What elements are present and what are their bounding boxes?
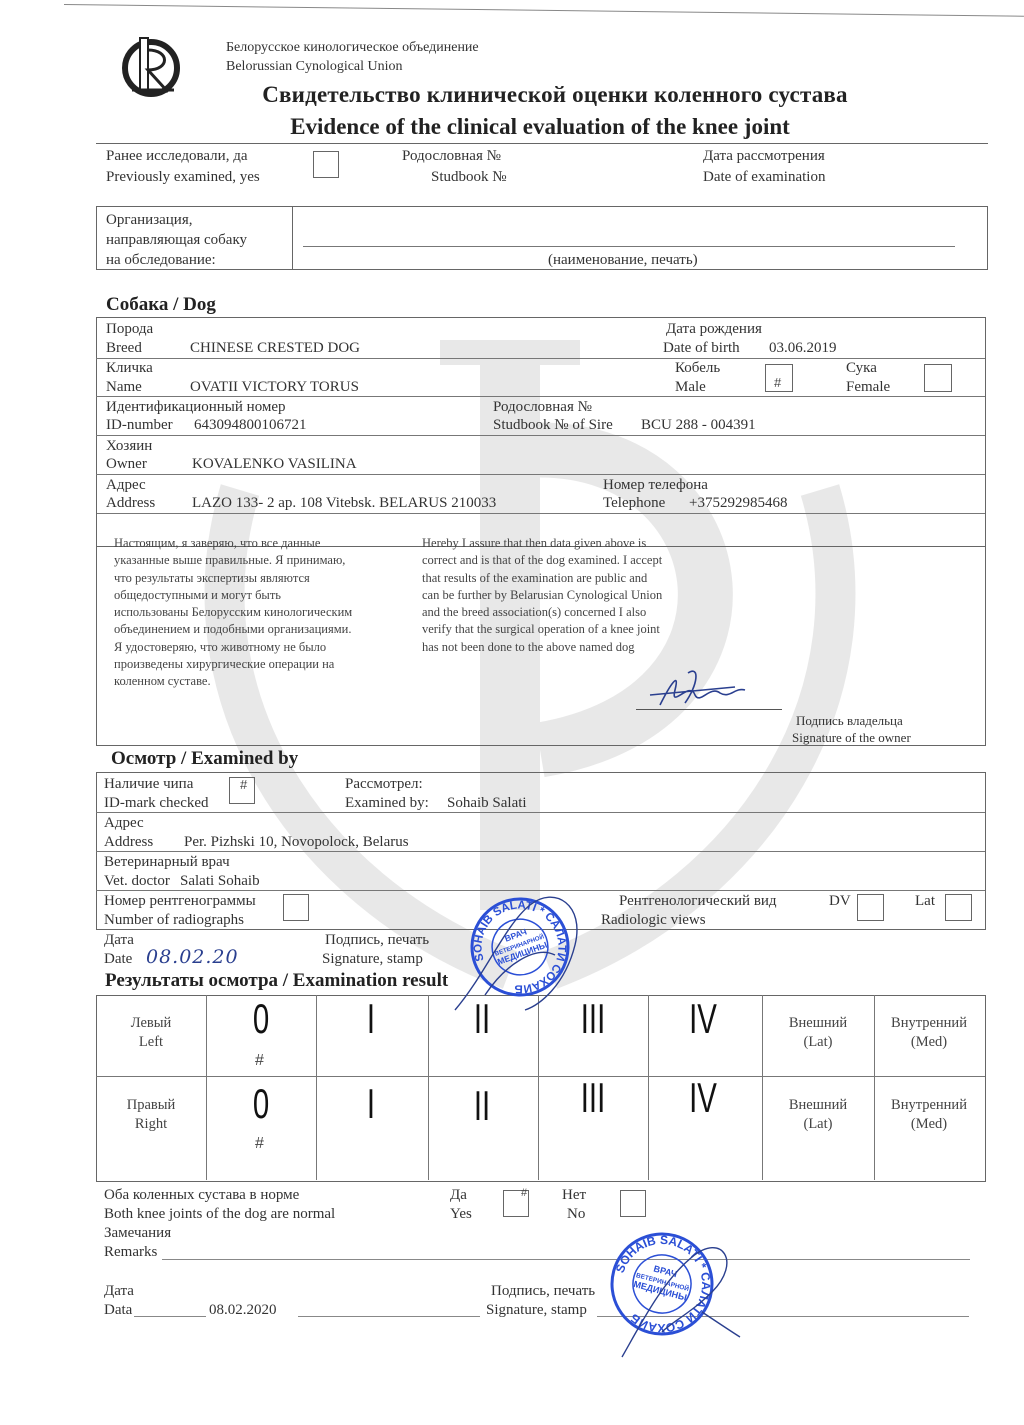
owner-signature-icon (640, 665, 760, 715)
normal-yes-mark: # (521, 1187, 527, 1199)
lat-label-en: (Lat) (762, 1115, 874, 1134)
address-label-ru: Адрес (106, 475, 146, 495)
prev-examined-label-en: Previously examined, yes (106, 167, 260, 187)
chip-checkbox[interactable]: # (229, 777, 255, 804)
declaration-ru-line: объединением и подобными организациями. (114, 621, 352, 638)
owner-label-ru: Хозяин (106, 436, 152, 456)
normal-yes-checkbox[interactable]: # (503, 1190, 529, 1217)
id-value: 643094800106721 (194, 415, 307, 435)
exam-signature-label-ru: Подпись, печать (325, 930, 429, 950)
name-label-ru: Кличка (106, 358, 153, 378)
remarks-label-en: Remarks (104, 1242, 157, 1262)
examined-by-label-en: Examined by: (345, 793, 429, 813)
referring-org-label-1: Организация, (106, 210, 192, 230)
grade-2-right[interactable]: II (443, 1082, 521, 1130)
exam-address-label-ru: Адрес (104, 813, 144, 833)
med-label-en: (Med) (874, 1115, 984, 1134)
dog-section-title: Собака / Dog (106, 294, 216, 316)
vet-value: Salati Sohaib (180, 871, 260, 891)
declaration-en-line: has not been done to the above named dog (422, 639, 662, 656)
divider (538, 995, 539, 1180)
normal-label-en: Both knee joints of the dog are normal (104, 1204, 335, 1224)
left-med-cell[interactable]: Внутренний (Med) (874, 1014, 984, 1052)
lat-label-ru: Внешний (762, 1014, 874, 1033)
divider (292, 206, 293, 269)
female-label-en: Female (846, 377, 890, 397)
divider (96, 435, 985, 436)
divider (96, 474, 985, 475)
female-checkbox[interactable] (924, 364, 952, 392)
declaration-en-line: Hereby I assure that then data given abo… (422, 535, 662, 552)
sire-label-en: Studbook № of Sire (493, 415, 613, 435)
declaration-ru-line: Настоящим, я заверяю, что все данные (114, 535, 352, 552)
declaration-en: Hereby I assure that then data given abo… (422, 535, 662, 656)
exam-signature-label-en: Signature, stamp (322, 949, 423, 969)
results-row-left-label: Левый Left (96, 1014, 206, 1052)
sire-label-ru: Родословная № (493, 397, 592, 417)
lat-label-en: (Lat) (762, 1033, 874, 1052)
declaration-ru-line: использованы Белорусским кинологическим (114, 604, 352, 621)
studbook-label-ru: Родословная № (402, 146, 501, 166)
exam-date-label-ru: Дата рассмотрения (703, 146, 825, 166)
no-label-en: No (567, 1204, 585, 1224)
med-label-ru: Внутренний (874, 1014, 984, 1033)
declaration-en-line: that results of the examination are publ… (422, 570, 662, 587)
final-signature-line (597, 1316, 969, 1317)
chip-mark: # (240, 777, 247, 792)
phone-label-ru: Номер телефона (603, 475, 708, 495)
grade-0-right-mark: # (255, 1135, 264, 1153)
dob-value: 03.06.2019 (769, 338, 837, 358)
divider (206, 995, 207, 1180)
vet-label-ru: Ветеринарный врач (104, 852, 230, 872)
breed-label-en: Breed (106, 338, 142, 358)
right-lat-cell[interactable]: Внешний (Lat) (762, 1096, 874, 1134)
grade-1-left[interactable]: I (333, 995, 410, 1043)
title-en: Evidence of the clinical evaluation of t… (0, 114, 1024, 140)
divider (96, 812, 985, 813)
owner-label-en: Owner (106, 454, 147, 474)
final-signature-label-ru: Подпись, печать (491, 1281, 595, 1301)
svg-text:ВЕТЕРИНАРНОЙ: ВЕТЕРИНАРНОЙ (494, 932, 546, 957)
male-mark: # (774, 375, 781, 390)
exam-date-handwritten: 08.02.20 (146, 946, 239, 968)
yes-label-ru: Да (450, 1185, 467, 1205)
exam-section-title: Осмотр / Examined by (111, 748, 298, 770)
chip-label-en: ID-mark checked (104, 793, 209, 813)
referring-org-label-2: направляющая собаку (106, 230, 247, 250)
side-label-en: Left (96, 1033, 206, 1052)
name-value: OVATII VICTORY TORUS (190, 377, 359, 397)
divider (428, 995, 429, 1180)
divider (96, 1076, 985, 1077)
prev-examined-label-ru: Ранее исследовали, да (106, 146, 248, 166)
grade-0-right[interactable]: 0 (223, 1080, 300, 1128)
grade-2-left[interactable]: II (443, 995, 521, 1043)
address-value: LAZO 133- 2 ap. 108 Vitebsk. BELARUS 210… (192, 493, 496, 513)
final-date-label-en: Data (104, 1300, 132, 1320)
vet-stamp-icon: SOHAIB SALATI * САЛАТИ СОХАИБВРАЧВЕТЕРИН… (592, 1222, 742, 1362)
yes-label-en: Yes (450, 1204, 472, 1224)
breed-label-ru: Порода (106, 319, 153, 339)
referring-org-input-line[interactable] (303, 246, 955, 247)
declaration-ru-line: что результаты экспертизы являются (114, 570, 352, 587)
no-label-ru: Нет (562, 1185, 586, 1205)
org-name-ru: Белорусское кинологическое объединение (226, 40, 479, 56)
final-signature-label-en: Signature, stamp (486, 1300, 587, 1320)
exam-date-label-ru: Дата (104, 930, 134, 950)
divider (648, 995, 649, 1180)
remarks-input-line[interactable] (162, 1259, 970, 1260)
radiographs-label-en: Number of radiographs (104, 910, 244, 930)
results-row-right-label: Правый Right (96, 1096, 206, 1134)
dob-label-en: Date of birth (663, 338, 740, 358)
owner-value: KOVALENKO VASILINA (192, 454, 357, 474)
owner-signature-label-en: Signature of the owner (792, 728, 911, 748)
results-section-title: Результаты осмотра / Examination result (105, 970, 448, 992)
declaration-ru: Настоящим, я заверяю, что все данные ука… (114, 535, 352, 691)
divider (316, 995, 317, 1180)
svg-text:МЕДИЦИНЫ: МЕДИЦИНЫ (496, 940, 549, 967)
grade-3-right[interactable]: III (555, 1074, 632, 1122)
normal-label-ru: Оба коленных сустава в норме (104, 1185, 299, 1205)
examined-by-label-ru: Рассмотрел: (345, 774, 423, 794)
lat-checkbox[interactable] (945, 894, 972, 921)
exam-address-label-en: Address (104, 832, 153, 852)
svg-text:ВЕТЕРИНАРНОЙ: ВЕТЕРИНАРНОЙ (635, 1270, 690, 1293)
left-lat-cell[interactable]: Внешний (Lat) (762, 1014, 874, 1052)
views-label-ru: Рентгенологический вид (619, 891, 777, 911)
declaration-en-line: can be further by Belarusian Cynological… (422, 587, 662, 604)
dv-checkbox[interactable] (857, 894, 884, 921)
grade-0-left-mark: # (255, 1052, 264, 1070)
declaration-ru-line: общедоступными и могут быть (114, 587, 352, 604)
side-label-ru: Левый (96, 1014, 206, 1033)
phone-label-en: Telephone (603, 493, 665, 513)
dv-label: DV (829, 891, 851, 911)
male-label-en: Male (675, 377, 706, 397)
phone-value: +375292985468 (689, 493, 787, 513)
lat-label: Lat (915, 891, 935, 911)
male-checkbox[interactable]: # (765, 364, 793, 392)
declaration-ru-line: коленном суставе. (114, 673, 352, 690)
svg-text:МЕДИЦИНЫ: МЕДИЦИНЫ (632, 1279, 688, 1303)
divider (96, 143, 988, 144)
declaration-en-line: and the breed association(s) concerned I… (422, 604, 662, 621)
final-date-value: 08.02.2020 (209, 1300, 277, 1320)
page-edge-line (64, 4, 1024, 17)
id-label-en: ID-number (106, 415, 173, 435)
referring-org-label-3: на обследование: (106, 250, 216, 270)
grade-4-right[interactable]: IV (665, 1074, 742, 1122)
declaration-en-line: verify that the surgical operation of a … (422, 621, 662, 638)
declaration-en-line: correct and is that of the dog examined.… (422, 552, 662, 569)
sire-value: BCU 288 - 004391 (641, 415, 756, 435)
views-label-en: Radiologic views (601, 910, 706, 930)
studbook-label-en: Studbook № (431, 167, 507, 187)
exam-address-value: Per. Pizhski 10, Novopolock, Belarus (184, 832, 409, 852)
med-label-ru: Внутренний (874, 1096, 984, 1115)
grade-0-left[interactable]: 0 (223, 995, 300, 1043)
id-label-ru: Идентификационный номер (106, 397, 286, 417)
final-date-label-ru: Дата (104, 1281, 134, 1301)
address-label-en: Address (106, 493, 155, 513)
vet-label-en: Vet. doctor (104, 871, 170, 891)
lat-label-ru: Внешний (762, 1096, 874, 1115)
breed-value: CHINESE CRESTED DOG (190, 338, 360, 358)
dob-label-ru: Дата рождения (666, 319, 762, 339)
exam-date-label-en: Date (104, 949, 132, 969)
side-label-en: Right (96, 1115, 206, 1134)
owner-signature-line (636, 709, 782, 710)
grade-4-left[interactable]: IV (665, 995, 742, 1043)
side-label-ru: Правый (96, 1096, 206, 1115)
title-ru: Свидетельство клинической оценки коленно… (0, 82, 1024, 108)
exam-date-label-en: Date of examination (703, 167, 825, 187)
declaration-ru-line: указанные выше правильные. Я принимаю, (114, 552, 352, 569)
org-name-en: Belorussian Cynological Union (226, 59, 403, 75)
grade-3-left[interactable]: III (555, 995, 632, 1043)
final-date-line (134, 1316, 206, 1317)
radiographs-label-ru: Номер рентгенограммы (104, 891, 256, 911)
grade-1-right[interactable]: I (333, 1080, 410, 1128)
normal-no-checkbox[interactable] (620, 1190, 646, 1217)
declaration-ru-line: Я удостоверяю, что животному не было (114, 639, 352, 656)
prev-examined-checkbox[interactable] (313, 151, 339, 178)
svg-text:ВРАЧ: ВРАЧ (653, 1264, 679, 1280)
male-label-ru: Кобель (675, 358, 720, 378)
right-med-cell[interactable]: Внутренний (Med) (874, 1096, 984, 1134)
examined-by-value: Sohaib Salati (447, 793, 527, 813)
svg-text:SOHAIB SALATI * САЛАТИ СОХАИБ: SOHAIB SALATI * САЛАТИ СОХАИБ (599, 1222, 724, 1347)
radiographs-field[interactable] (283, 894, 309, 921)
name-label-en: Name (106, 377, 142, 397)
referring-org-caption: (наименование, печать) (548, 250, 698, 270)
med-label-en: (Med) (874, 1033, 984, 1052)
declaration-ru-line: произведены хирургические операции на (114, 656, 352, 673)
female-label-ru: Сука (846, 358, 877, 378)
final-blank-line (298, 1316, 480, 1317)
remarks-label-ru: Замечания (104, 1223, 171, 1243)
chip-label-ru: Наличие чипа (104, 774, 193, 794)
